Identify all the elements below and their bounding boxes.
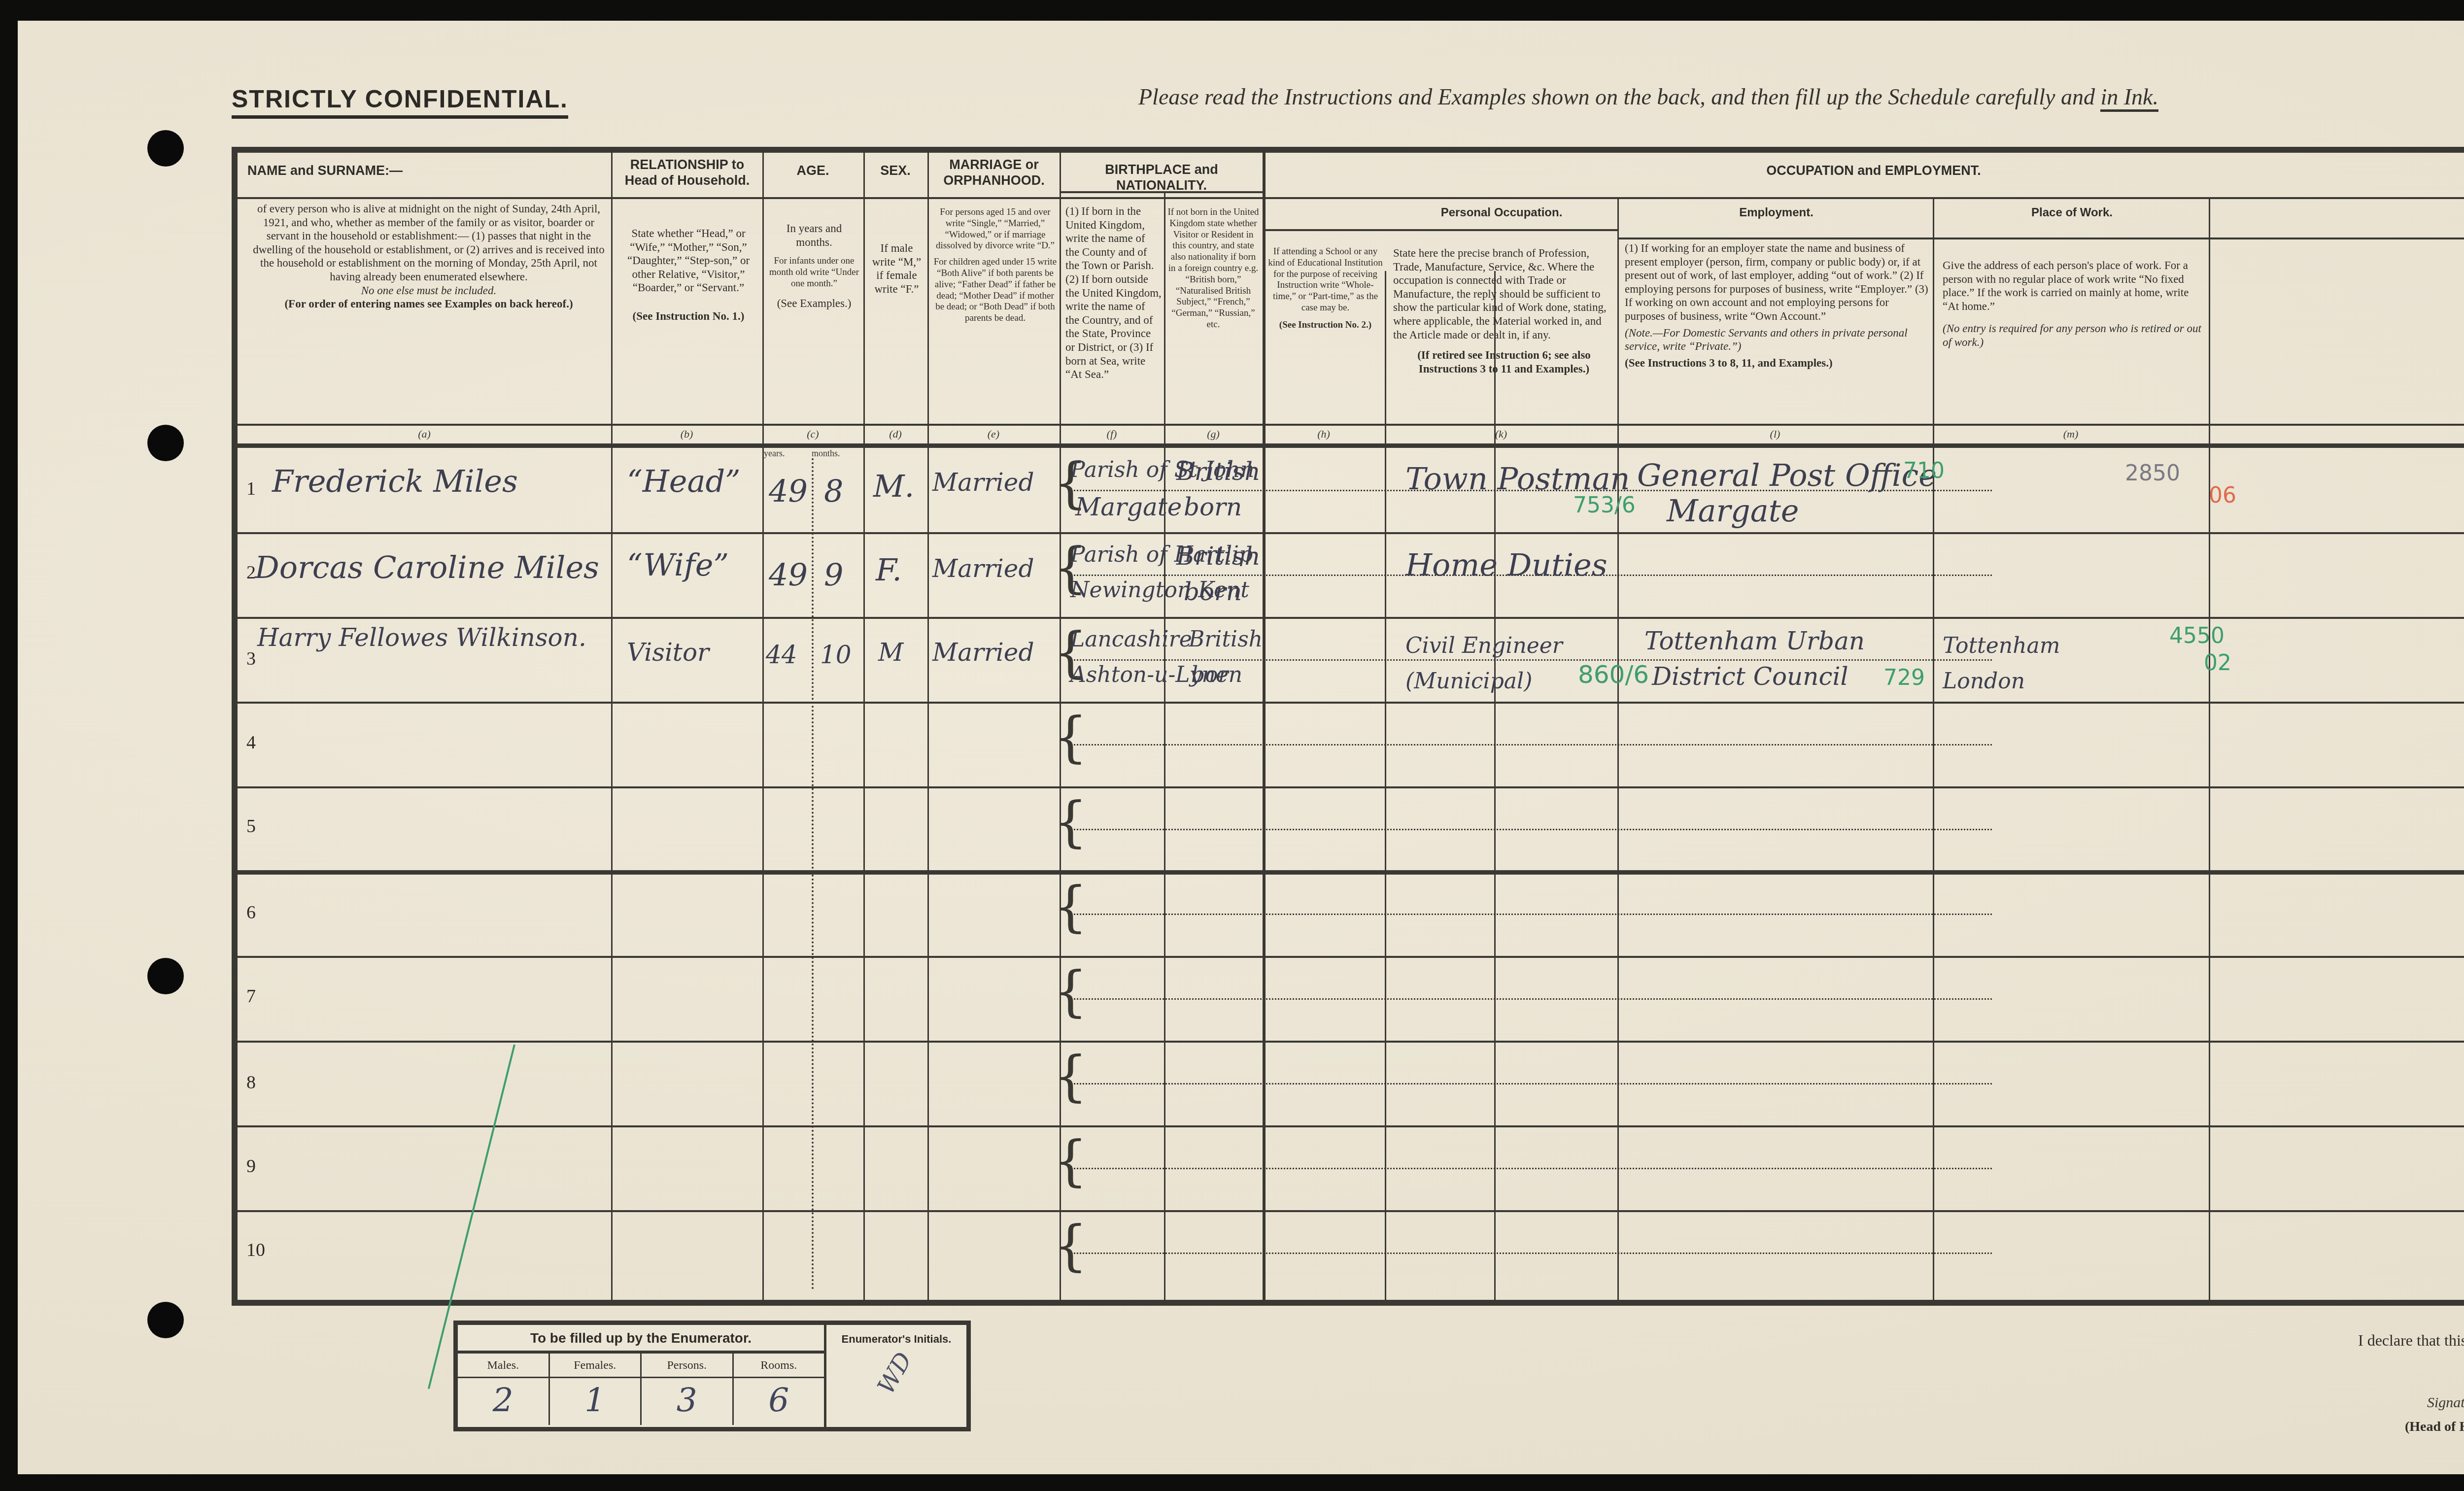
signature-caption: (Head of Household, Manager of Establish… bbox=[2405, 1419, 2464, 1435]
col-letter-e: (e) bbox=[927, 428, 1060, 441]
sex-column-header: SEX. bbox=[866, 163, 925, 178]
col-divider bbox=[1164, 191, 1165, 1300]
person-occupation: Home Duties bbox=[1405, 547, 1607, 583]
personal-occupation-text: State here the precise branch of Profess… bbox=[1393, 246, 1615, 341]
col-divider bbox=[762, 153, 764, 1300]
person-employer-line2: Margate bbox=[1667, 493, 1799, 529]
occupation-column-title: OCCUPATION and EMPLOYMENT. bbox=[1267, 163, 2464, 178]
personal-occupation-title: Personal Occupation. bbox=[1391, 206, 1612, 220]
row-midline bbox=[1070, 744, 1992, 745]
row-number: 5 bbox=[246, 815, 256, 837]
personal-occupation-note: (If retired see Instruction 6; see also … bbox=[1393, 348, 1615, 375]
person-nationality-line1: British bbox=[1189, 627, 1263, 652]
person-nationality-line1: British bbox=[1176, 457, 1261, 486]
employment-title: Employment. bbox=[1622, 206, 1930, 220]
row-midline bbox=[1070, 998, 1992, 1000]
nationality-instructions: If not born in the United Kingdom state … bbox=[1166, 207, 1260, 331]
row-midline bbox=[1070, 1253, 1992, 1254]
household-schedule-table: NAME and SURNAME:— of every person who i… bbox=[232, 147, 2464, 1306]
personal-occupation-body: State here the precise branch of Profess… bbox=[1393, 246, 1615, 375]
occupation-code: 753/6 bbox=[1573, 493, 1636, 518]
place-of-work-title: Place of Work. bbox=[1938, 206, 2206, 220]
brace: { bbox=[1053, 1049, 1088, 1103]
sex-column-title: SEX. bbox=[866, 163, 925, 178]
occupation-column-header: OCCUPATION and EMPLOYMENT. bbox=[1267, 163, 2464, 178]
person-relationship: Visitor bbox=[627, 638, 709, 667]
person-age-years: 49 bbox=[769, 557, 808, 593]
place-code: 4550 bbox=[2169, 623, 2224, 648]
declaration-text: I declare that this Schedule is correctl… bbox=[2358, 1331, 2464, 1350]
person-name: Frederick Miles bbox=[272, 463, 518, 499]
name-column-note2: (For order of entering names see Example… bbox=[251, 297, 606, 311]
summary-males-cell: Males. 2 bbox=[458, 1354, 550, 1425]
person-name: Dorcas Caroline Miles bbox=[255, 549, 599, 585]
marriage-column-header: MARRIAGE or ORPHANHOOD. bbox=[930, 157, 1058, 189]
person-sex: M bbox=[878, 638, 903, 667]
row-number: 9 bbox=[246, 1155, 256, 1177]
person-marriage: Married bbox=[932, 638, 1034, 667]
punch-hole bbox=[147, 1302, 184, 1338]
relationship-column-note: (See Instruction No. 1.) bbox=[619, 309, 757, 323]
col-letter-a: (a) bbox=[238, 428, 611, 441]
age-column-note2: (See Examples.) bbox=[767, 297, 861, 310]
header-rule bbox=[1060, 191, 1263, 193]
row-rule bbox=[238, 1041, 2464, 1043]
header-rule bbox=[1263, 197, 2464, 199]
persons-value: 3 bbox=[642, 1378, 732, 1423]
row-rule bbox=[238, 617, 2464, 619]
summary-rooms-cell: Rooms. 6 bbox=[734, 1354, 824, 1425]
col-divider bbox=[611, 153, 613, 1300]
age-years-label: years. bbox=[764, 448, 785, 459]
enumerator-initials-value: WD bbox=[872, 1348, 918, 1399]
person-nationality-line2: born bbox=[1184, 493, 1242, 521]
place-code-secondary: 02 bbox=[2204, 650, 2231, 676]
row-number: 1 bbox=[246, 478, 256, 500]
person-age-months: 8 bbox=[824, 473, 843, 509]
col-divider bbox=[1617, 197, 1619, 1300]
brace: { bbox=[1053, 795, 1088, 849]
relationship-column-body: State whether “Head,” or “Wife,” “Mother… bbox=[619, 227, 757, 295]
col-letter-f: (f) bbox=[1060, 428, 1164, 441]
birthplace-column-title: BIRTHPLACE and NATIONALITY. bbox=[1063, 162, 1260, 194]
age-column-body: In years and months. bbox=[767, 222, 861, 249]
col-letter-d: (d) bbox=[863, 428, 927, 441]
col-divider bbox=[1933, 197, 1934, 1300]
instructions-text: Please read the Instructions and Example… bbox=[1138, 84, 2100, 109]
place-code-red: 06 bbox=[2209, 483, 2236, 508]
summary-persons-cell: Persons. 3 bbox=[642, 1354, 734, 1425]
person-birthplace-line1: Lancashire bbox=[1070, 627, 1192, 652]
person-age-months: 10 bbox=[820, 641, 852, 669]
name-column-note: No one else must be included. bbox=[251, 284, 606, 298]
employment-header: Employment. bbox=[1622, 206, 1930, 220]
employment-note2: (See Instructions 3 to 8, 11, and Exampl… bbox=[1625, 356, 1930, 370]
col-divider bbox=[927, 153, 929, 1300]
person-age-years: 49 bbox=[769, 473, 808, 509]
birthplace-column-header: BIRTHPLACE and NATIONALITY. bbox=[1063, 162, 1260, 194]
males-label: Males. bbox=[458, 1354, 548, 1378]
person-age-years: 44 bbox=[766, 641, 797, 669]
col-letter-c: (c) bbox=[762, 428, 863, 441]
place-of-work-instructions: Give the address of each person's place … bbox=[1943, 259, 2204, 349]
name-column-instructions: of every person who is alive at midnight… bbox=[251, 202, 606, 311]
header-rule bbox=[238, 197, 1263, 199]
col-letter-g: (g) bbox=[1164, 428, 1263, 441]
header-rule bbox=[238, 424, 2464, 426]
person-marriage: Married bbox=[932, 554, 1034, 583]
header-rule bbox=[1263, 229, 1617, 231]
males-value: 2 bbox=[458, 1378, 548, 1423]
row-number: 8 bbox=[246, 1072, 256, 1093]
person-employer-line1: Tottenham Urban bbox=[1644, 627, 1865, 655]
brace: { bbox=[1053, 964, 1088, 1018]
marriage-column-body: For persons aged 15 and over write “Sing… bbox=[932, 207, 1058, 252]
person-place-of-work: Tottenham London bbox=[1943, 628, 2090, 699]
rooms-value: 6 bbox=[734, 1378, 824, 1423]
personal-occupation-header: Personal Occupation. bbox=[1391, 206, 1612, 220]
employment-note: (Note.—For Domestic Servants and others … bbox=[1625, 326, 1930, 353]
brace: { bbox=[1053, 1219, 1088, 1273]
age-months-label: months. bbox=[812, 448, 840, 459]
person-relationship: “Wife” bbox=[627, 547, 729, 583]
age-column-instructions: In years and months. For infants under o… bbox=[767, 222, 861, 310]
instructions-ink-text: in Ink. bbox=[2100, 84, 2158, 112]
row-number: 4 bbox=[246, 732, 256, 753]
relationship-column-header: RELATIONSHIP to Head of Household. bbox=[615, 157, 760, 189]
name-column-header: NAME and SURNAME:— bbox=[247, 163, 607, 178]
relationship-column-title: RELATIONSHIP to Head of Household. bbox=[615, 157, 760, 189]
summary-title: To be filled up by the Enumerator. bbox=[458, 1325, 824, 1354]
person-marriage: Married bbox=[932, 468, 1034, 497]
employment-instructions: (1) If working for an employer state the… bbox=[1625, 241, 1930, 370]
females-value: 1 bbox=[550, 1378, 641, 1423]
col-letter-l: (l) bbox=[1617, 428, 1933, 441]
row-rule bbox=[238, 532, 2464, 534]
row-rule bbox=[238, 786, 2464, 788]
place-code: 2850 bbox=[2125, 461, 2180, 486]
row-midline bbox=[1070, 1168, 1992, 1169]
person-nationality-line2: born bbox=[1184, 577, 1242, 606]
females-label: Females. bbox=[550, 1354, 641, 1378]
brace: { bbox=[1053, 880, 1088, 934]
education-body: If attending a School or any kind of Edu… bbox=[1267, 246, 1383, 314]
brace: { bbox=[1053, 1134, 1088, 1188]
col-letter-m: (m) bbox=[1933, 428, 2209, 441]
row-midline bbox=[1070, 829, 1992, 830]
header-rule bbox=[238, 443, 2464, 448]
person-occupation: Town Postman bbox=[1405, 461, 1630, 497]
marriage-column-instructions: For persons aged 15 and over write “Sing… bbox=[932, 207, 1058, 324]
enumerator-summary-box: To be filled up by the Enumerator. Males… bbox=[453, 1321, 971, 1431]
punch-hole bbox=[147, 130, 184, 167]
brace: { bbox=[1053, 710, 1088, 764]
relationship-column-instructions: State whether “Head,” or “Wife,” “Mother… bbox=[619, 227, 757, 323]
person-employer-line1: General Post Office bbox=[1637, 457, 1937, 493]
rooms-label: Rooms. bbox=[734, 1354, 824, 1378]
punch-hole bbox=[147, 958, 184, 994]
row-midline bbox=[1070, 1083, 1992, 1084]
marriage-column-note: For children aged under 15 write “Both A… bbox=[932, 257, 1058, 324]
employment-code: 729 bbox=[1883, 665, 1925, 690]
place-of-work-body: Give the address of each person's place … bbox=[1943, 259, 2204, 313]
person-age-months: 9 bbox=[824, 557, 843, 593]
col-divider bbox=[1263, 153, 1266, 1300]
age-column-header: AGE. bbox=[765, 163, 861, 178]
col-letter-b: (b) bbox=[611, 428, 762, 441]
name-column-title: NAME and SURNAME:— bbox=[247, 163, 607, 178]
person-nationality-line2: born bbox=[1191, 662, 1242, 687]
row-rule bbox=[238, 956, 2464, 958]
birthplace-instructions: (1) If born in the United Kingdom, write… bbox=[1065, 204, 1162, 381]
persons-label: Persons. bbox=[642, 1354, 732, 1378]
instructions-note: Please read the Instructions and Example… bbox=[1138, 84, 2158, 110]
row-rule bbox=[238, 1210, 2464, 1212]
age-column-title: AGE. bbox=[765, 163, 861, 178]
place-of-work-note: (No entry is required for any person who… bbox=[1943, 322, 2204, 349]
sex-column-body: If male write “M,” if female write “F.” bbox=[868, 241, 925, 296]
punch-hole bbox=[147, 425, 184, 461]
person-employer-line2: District Council bbox=[1652, 662, 1848, 691]
header-rule bbox=[1617, 237, 2464, 239]
col-divider bbox=[863, 153, 865, 1300]
confidential-heading: STRICTLY CONFIDENTIAL. bbox=[232, 85, 568, 119]
row-number: 3 bbox=[246, 648, 256, 670]
employment-body: (1) If working for an employer state the… bbox=[1625, 241, 1930, 323]
person-birthplace-line2: Margate bbox=[1075, 493, 1182, 521]
row-rule bbox=[238, 702, 2464, 704]
name-column-body: of every person who is alive at midnight… bbox=[251, 202, 606, 284]
marriage-column-title: MARRIAGE or ORPHANHOOD. bbox=[930, 157, 1058, 189]
education-note: (See Instruction No. 2.) bbox=[1267, 320, 1383, 331]
row-number: 10 bbox=[246, 1239, 265, 1261]
enumerator-initials-label: Enumerator's Initials. bbox=[826, 1325, 966, 1346]
occupation-code: 860/6 bbox=[1578, 660, 1649, 689]
person-name: Harry Fellowes Wilkinson. bbox=[257, 623, 586, 652]
education-instructions: If attending a School or any kind of Edu… bbox=[1267, 246, 1383, 331]
age-divider bbox=[812, 458, 814, 1290]
row-number: 7 bbox=[246, 985, 256, 1007]
place-of-work-header: Place of Work. bbox=[1938, 206, 2206, 220]
row-number: 6 bbox=[246, 902, 256, 923]
row-rule bbox=[238, 1125, 2464, 1127]
age-column-note: For infants under one month old write “U… bbox=[767, 256, 861, 289]
col-letter-k: (k) bbox=[1385, 428, 1617, 441]
person-sex: M. bbox=[873, 468, 914, 504]
person-nationality-line1: British bbox=[1176, 542, 1261, 571]
summary-females-cell: Females. 1 bbox=[550, 1354, 642, 1425]
row-midline bbox=[1070, 914, 1992, 915]
employment-code: 710 bbox=[1903, 458, 1945, 483]
signature-label: Signature bbox=[2427, 1394, 2464, 1411]
sex-column-instructions: If male write “M,” if female write “F.” bbox=[868, 241, 925, 296]
col-divider bbox=[2209, 197, 2210, 1300]
person-relationship: “Head” bbox=[627, 463, 741, 499]
row-rule bbox=[238, 870, 2464, 875]
col-letter-h: (h) bbox=[1263, 428, 1385, 441]
person-sex: F. bbox=[876, 552, 902, 588]
